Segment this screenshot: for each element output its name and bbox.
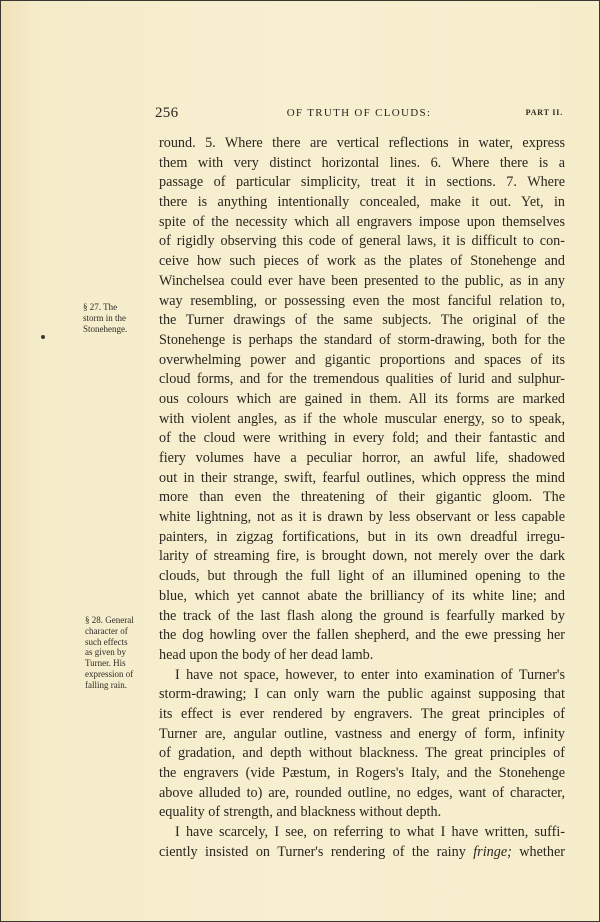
body-text: round. 5. Where there are vertical refle…: [159, 134, 565, 862]
text-line: cloud forms, and for the tremendous qual…: [159, 370, 565, 390]
text-line: there is anything intentionally conceale…: [159, 193, 565, 213]
text-line: white lightning, not as it is drawn by l…: [159, 508, 565, 528]
text-line: them with very distinct horizontal lines…: [159, 154, 565, 174]
running-head: 256 OF TRUTH OF CLOUDS: PART II.: [155, 105, 563, 125]
text-line: overwhelming power and gigantic proporti…: [159, 351, 565, 371]
text-line: above alluded to) are, rounded outline, …: [159, 784, 565, 804]
text-line: ceive how such pieces of work as the pla…: [159, 252, 565, 272]
text-line: the dog howling over the fallen shepherd…: [159, 626, 565, 646]
text-line: of rigidly observing this code of genera…: [159, 232, 565, 252]
text-line: spite of the necessity which all engrave…: [159, 213, 565, 233]
text-line-final: ciently insisted on Turner's rendering o…: [159, 843, 565, 863]
text-line: the engravers (vide Pæstum, in Rogers's …: [159, 764, 565, 784]
text-line: Winchelsea could ever have been presente…: [159, 272, 565, 292]
text-line: round. 5. Where there are vertical refle…: [159, 134, 565, 154]
margin-note-section-27: § 27. The storm in the Stonehenge.: [83, 302, 155, 334]
text-line: the Turner drawings of the same subjects…: [159, 311, 565, 331]
text-line: fiery volumes have a peculiar horror, an…: [159, 449, 565, 469]
text-line: storm-drawing; I can only warn the publi…: [159, 685, 565, 705]
margin-note-line: character of: [85, 626, 157, 637]
margin-note-line: storm in the: [83, 313, 155, 324]
margin-note-line: Turner. His: [85, 658, 157, 669]
text-line: more than even the threatening of their …: [159, 488, 565, 508]
text-line: painters, in zigzag fortifications, but …: [159, 528, 565, 548]
margin-note-line: expression of: [85, 669, 157, 680]
italic-word: fringe;: [473, 844, 512, 860]
margin-note-line: § 27. The: [83, 302, 155, 313]
margin-note-line: as given by: [85, 647, 157, 658]
text-line: larity of streaming fire, is brought dow…: [159, 547, 565, 567]
book-page: 256 OF TRUTH OF CLOUDS: PART II. § 27. T…: [0, 0, 600, 922]
text-fragment: whether: [512, 844, 565, 860]
text-line: of the cloud were writhing in every fold…: [159, 429, 565, 449]
text-line: of gradation, and depth without blacknes…: [159, 744, 565, 764]
text-line: equality of strength, and blackness with…: [159, 803, 565, 823]
text-line: Turner are, angular outline, vastness an…: [159, 725, 565, 745]
margin-note-section-28: § 28. General character of such effects …: [85, 615, 157, 691]
text-line: with violent angles, as if the whole mus…: [159, 410, 565, 430]
text-line: I have scarcely, I see, on referring to …: [159, 823, 565, 843]
text-line: head upon the body of her dead lamb.: [159, 646, 565, 666]
margin-note-line: Stonehenge.: [83, 324, 155, 335]
paper-speck: [41, 335, 45, 339]
text-line: out in their strange, swift, fearful out…: [159, 469, 565, 489]
text-line: clouds, but through the full light of an…: [159, 567, 565, 587]
text-fragment: ciently insisted on Turner's rendering o…: [159, 844, 473, 860]
text-line: its effect is ever rendered by engravers…: [159, 705, 565, 725]
text-line: blue, which yet cannot abate the brillia…: [159, 587, 565, 607]
part-label: PART II.: [526, 108, 563, 117]
text-line: Stonehenge is perhaps the standard of st…: [159, 331, 565, 351]
text-line: the track of the last flash along the gr…: [159, 607, 565, 627]
text-line: way resembling, or possessing even the m…: [159, 292, 565, 312]
text-line: ous colours which are gained in them. Al…: [159, 390, 565, 410]
text-line: passage of particular simplicity, treat …: [159, 173, 565, 193]
margin-note-line: § 28. General: [85, 615, 157, 626]
margin-note-line: falling rain.: [85, 680, 157, 691]
text-line: I have not space, however, to enter into…: [159, 666, 565, 686]
chapter-title: OF TRUTH OF CLOUDS:: [155, 107, 563, 119]
margin-note-line: such effects: [85, 637, 157, 648]
